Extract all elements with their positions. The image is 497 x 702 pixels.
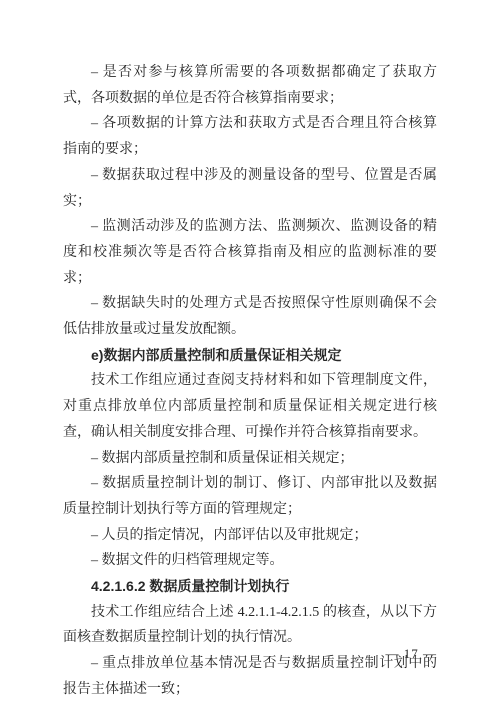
document-page: – 是否对参与核算所需要的各项数据都确定了获取方式，各项数据的单位是否符合核算指… bbox=[0, 0, 497, 702]
list-item-paragraph: – 监测活动涉及的监测方法、监测频次、监测设备的精度和校准频次等是否符合核算指南… bbox=[63, 214, 437, 291]
section-heading-4-2-1-6-2: 4.2.1.6.2 数据质量控制计划执行 bbox=[63, 574, 437, 600]
body-paragraph: 技术工作组应通过查阅支持材料和如下管理制度文件，对重点排放单位内部质量控制和质量… bbox=[63, 368, 437, 445]
list-item-paragraph: – 数据质量控制计划的制订、修订、内部审批以及数据质量控制计划执行等方面的管理规… bbox=[63, 471, 437, 522]
list-item-paragraph: – 数据内部质量控制和质量保证相关规定； bbox=[63, 446, 437, 472]
list-item-paragraph: – 数据缺失时的处理方式是否按照保守性原则确保不会低估排放量或过量发放配额。 bbox=[63, 291, 437, 342]
list-item-paragraph: – 各项数据的计算方法和获取方式是否合理且符合核算指南的要求； bbox=[63, 111, 437, 162]
body-paragraph: 技术工作组应结合上述 4.2.1.1-4.2.1.5 的核查，从以下方面核查数据… bbox=[63, 600, 437, 651]
list-item-paragraph: – 人员的指定情况，内部评估以及审批规定； bbox=[63, 523, 437, 549]
list-item-paragraph: – 数据文件的归档管理规定等。 bbox=[63, 548, 437, 574]
list-item-paragraph: – 重点排放单位基本情况是否与数据质量控制计划中的报告主体描述一致； bbox=[63, 651, 437, 702]
section-heading-e: e)数据内部质量控制和质量保证相关规定 bbox=[63, 343, 437, 369]
body-text: – 是否对参与核算所需要的各项数据都确定了获取方式，各项数据的单位是否符合核算指… bbox=[63, 60, 437, 702]
list-item-paragraph: – 是否对参与核算所需要的各项数据都确定了获取方式，各项数据的单位是否符合核算指… bbox=[63, 60, 437, 111]
list-item-paragraph: – 数据获取过程中涉及的测量设备的型号、位置是否属实； bbox=[63, 163, 437, 214]
page-number: — 17 — bbox=[386, 645, 438, 663]
